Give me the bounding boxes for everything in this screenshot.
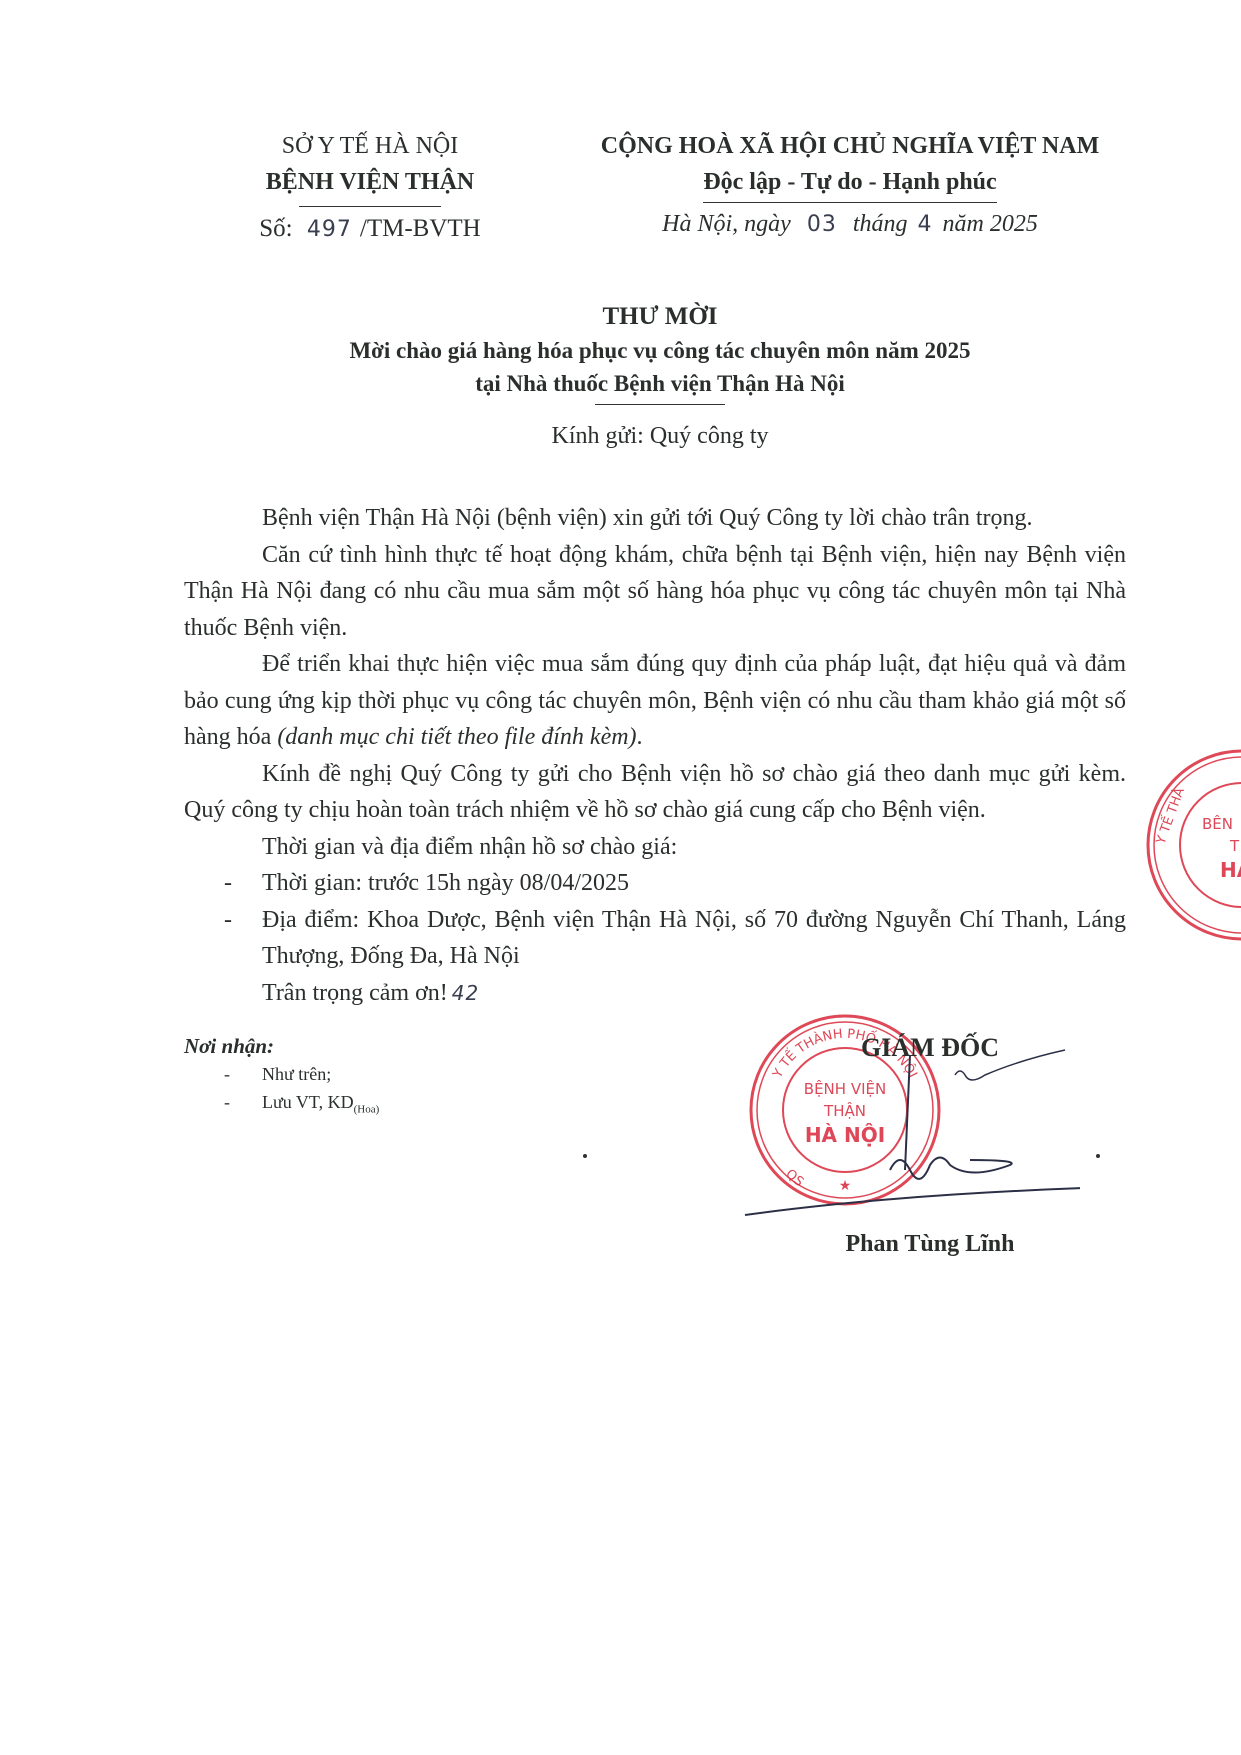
department-name: SỞ Y TẾ HÀ NỘI (220, 128, 520, 164)
document-subtitle-line2: tại Nhà thuốc Bệnh viện Thận Hà Nội (270, 367, 1050, 400)
addressee: Kính gửi: Quý công ty (270, 419, 1050, 453)
scan-speck (1096, 1154, 1100, 1158)
date-month: 4 (918, 212, 933, 237)
bullet-dash: - (224, 865, 232, 902)
document-title: THƯ MỜI (270, 300, 1050, 334)
submission-time: Thời gian: trước 15h ngày 08/04/2025 (262, 870, 629, 896)
paragraph-request: Kính đề nghị Quý Công ty gửi cho Bệnh vi… (184, 756, 1126, 829)
number-handwritten: 497 (307, 217, 352, 242)
paragraph-greeting: Bệnh viện Thận Hà Nội (bệnh viện) xin gử… (184, 500, 1126, 537)
letter-body: Bệnh viện Thận Hà Nội (bệnh viện) xin gử… (184, 500, 1126, 1011)
edge-seal: BÊN T HÀ Y TẾ THÀ (1142, 745, 1241, 945)
svg-text:Y TẾ THÀ: Y TẾ THÀ (1151, 785, 1188, 847)
recipients-heading: Nơi nhận: (184, 1032, 584, 1060)
organization-name: BỆNH VIỆN THẬN (220, 164, 520, 200)
date-prefix: Hà Nội, ngày (662, 211, 791, 237)
purpose-end: . (637, 724, 643, 750)
date-year: năm 2025 (943, 211, 1038, 237)
document-subtitle-line1: Mời chào giá hàng hóa phục vụ công tác c… (270, 334, 1050, 367)
date-month-label: tháng (853, 211, 908, 237)
handwritten-signature (740, 1020, 1080, 1225)
number-suffix: /TM-BVTH (360, 215, 481, 242)
recipient-text: Lưu VT, KD (262, 1092, 354, 1112)
country-name: CỘNG HOÀ XÃ HỘI CHỦ NGHĨA VIỆT NAM (570, 128, 1130, 164)
list-item: -Như trên; (184, 1060, 584, 1088)
issue-date: Hà Nội, ngày 03 tháng 4 năm 2025 (570, 205, 1130, 244)
document-number: Số: 497/TM-BVTH (220, 211, 520, 248)
issuer-block: SỞ Y TẾ HÀ NỘI BỆNH VIỆN THẬN Số: 497/TM… (220, 128, 520, 248)
number-label: Số: (259, 215, 292, 242)
paragraph-purpose: Để triển khai thực hiện việc mua sắm đún… (184, 646, 1126, 756)
national-motto: Độc lập - Tự do - Hạnh phúc (703, 164, 996, 203)
svg-text:T: T (1229, 837, 1240, 855)
national-header: CỘNG HOÀ XÃ HỘI CHỦ NGHĨA VIỆT NAM Độc l… (570, 128, 1130, 244)
date-day: 03 (807, 212, 837, 237)
svg-text:HÀ: HÀ (1220, 858, 1241, 882)
document-title-block: THƯ MỜI Mời chào giá hàng hóa phục vụ cô… (270, 300, 1050, 453)
closing-initials: 42 (452, 981, 479, 1005)
submission-location: Địa điểm: Khoa Dược, Bệnh viện Thận Hà N… (262, 907, 1126, 970)
recipient-sub: (Hoa) (354, 1104, 380, 1116)
paragraph-submission-intro: Thời gian và địa điểm nhận hồ sơ chào gi… (184, 829, 1126, 866)
svg-text:BÊN: BÊN (1202, 814, 1233, 833)
paragraph-context: Căn cứ tình hình thực tế hoạt động khám,… (184, 537, 1126, 647)
attachment-note: (danh mục chi tiết theo file đính kèm) (277, 724, 636, 750)
signatory-name: Phan Tùng Lĩnh (770, 1226, 1090, 1262)
bullet-dash: - (224, 1060, 230, 1088)
list-item: -Lưu VT, KD(Hoa) (184, 1088, 584, 1124)
list-item: -Địa điểm: Khoa Dược, Bệnh viện Thận Hà … (184, 902, 1126, 975)
paragraph-closing: Trân trọng cảm ơn!42 (184, 975, 1126, 1012)
list-item: -Thời gian: trước 15h ngày 08/04/2025 (184, 865, 1126, 902)
closing-text: Trân trọng cảm ơn! (262, 980, 448, 1006)
recipient-text: Như trên; (262, 1064, 331, 1084)
bullet-dash: - (224, 902, 232, 939)
divider (299, 206, 441, 207)
recipients-block: Nơi nhận: -Như trên; -Lưu VT, KD(Hoa) (184, 1032, 584, 1124)
bullet-dash: - (224, 1088, 230, 1116)
scan-speck (583, 1154, 587, 1158)
divider (595, 404, 725, 405)
